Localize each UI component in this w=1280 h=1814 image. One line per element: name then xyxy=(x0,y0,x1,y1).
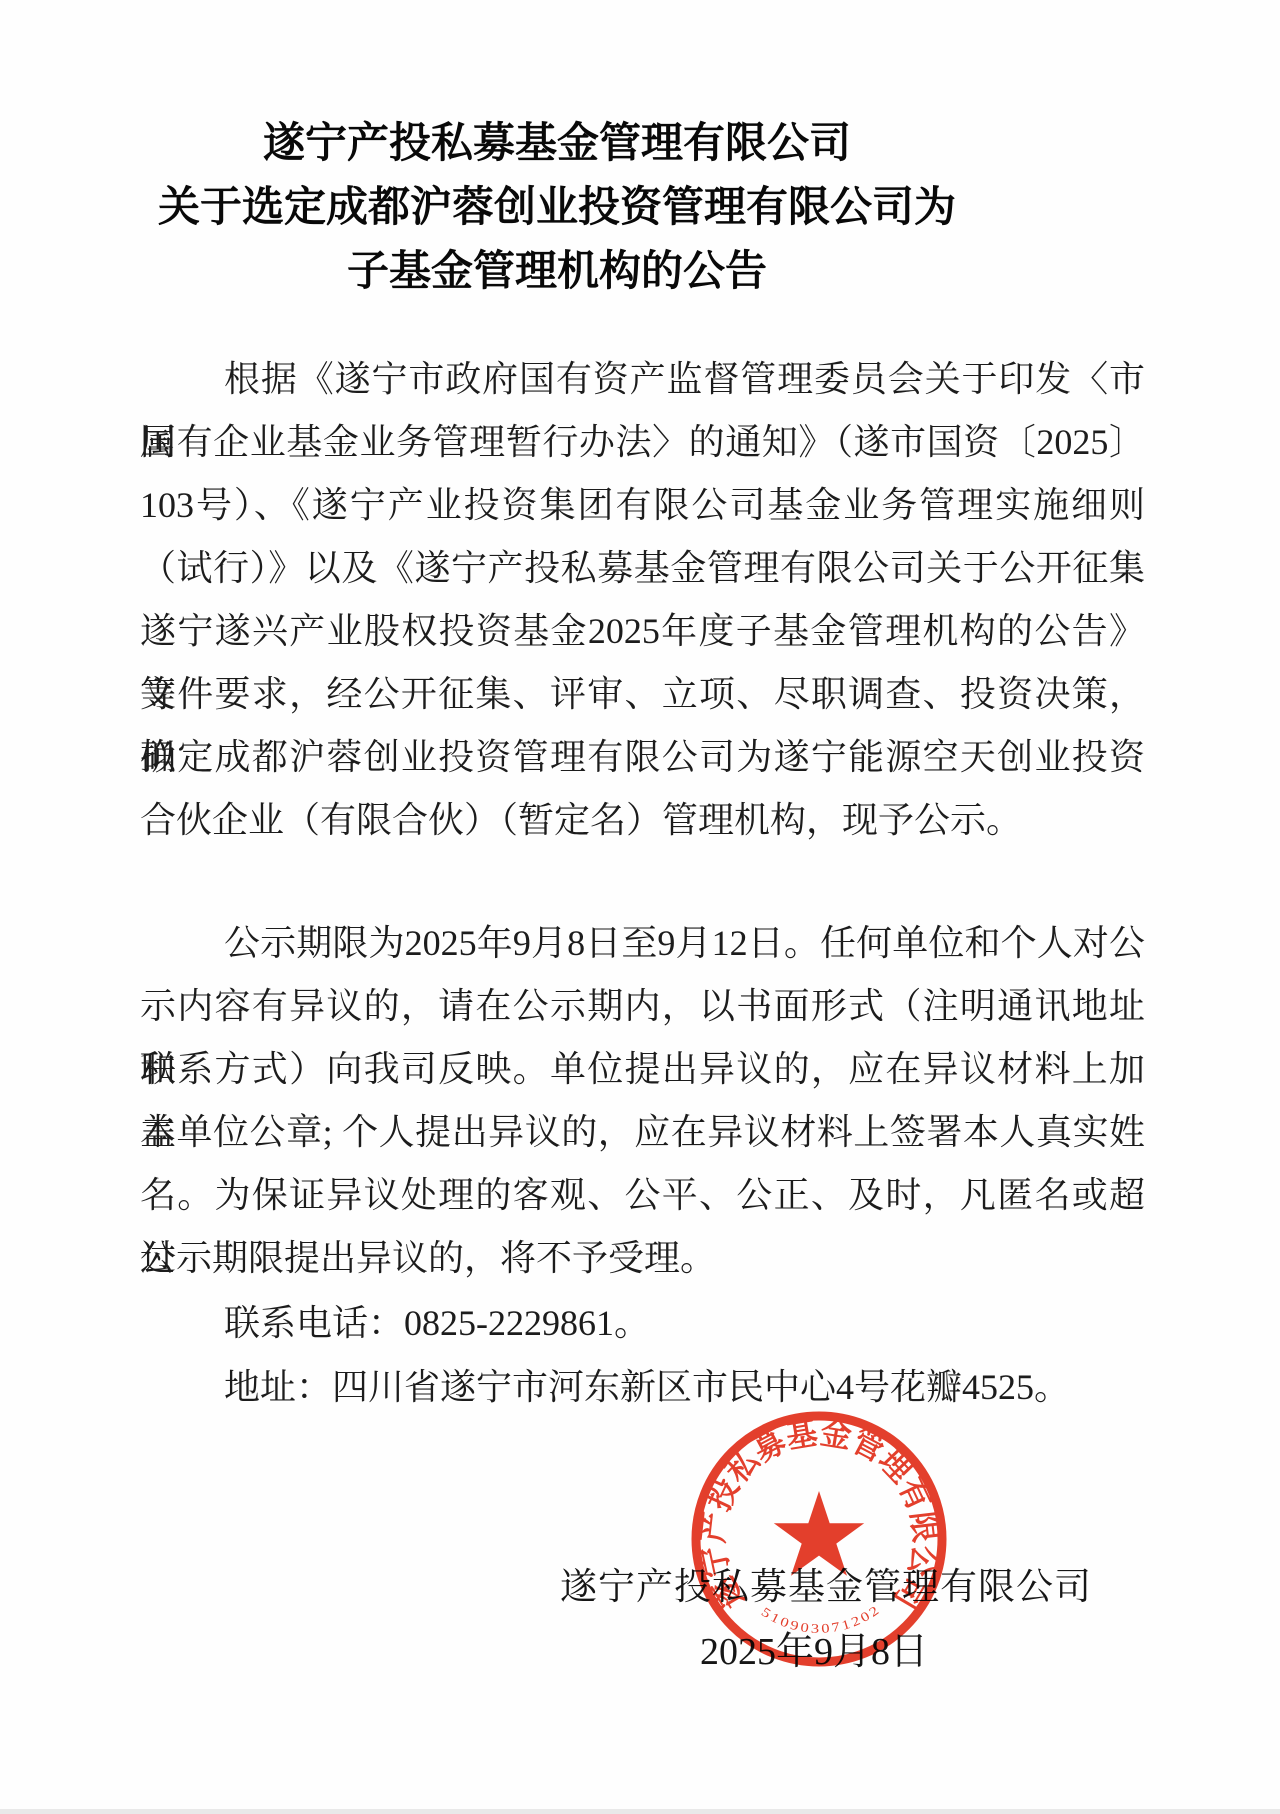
document-page: 遂宁产投私募基金管理有限公司 关于选定成都沪蓉创业投资管理有限公司为 子基金管理… xyxy=(0,0,1280,1814)
body-line: 联系方式）向我司反映。单位提出异议的，应在异议材料上加盖 xyxy=(140,1038,1145,1101)
address-line: 地址：四川省遂宁市河东新区市民中心4号花瓣4525。 xyxy=(140,1356,1145,1419)
seal-star-icon xyxy=(774,1491,864,1576)
paragraph-address: 地址：四川省遂宁市河东新区市民中心4号花瓣4525。 xyxy=(140,1356,1145,1419)
scan-bottom-edge xyxy=(0,1809,1280,1814)
body-line: 文件要求，经公开征集、评审、立项、尽职调查、投资决策，拟 xyxy=(140,663,1145,726)
body-line: （试行）》以及《遂宁产投私募基金管理有限公司关于公开征集 xyxy=(140,537,1145,600)
paragraph-contact: 联系电话：0825-2229861。 xyxy=(140,1292,1145,1355)
body-line: 示内容有异议的，请在公示期内，以书面形式（注明通讯地址和 xyxy=(140,975,1145,1038)
title-line-3: 子基金管理机构的公告 xyxy=(0,240,1114,304)
body-line: 遂宁遂兴产业股权投资基金2025年度子基金管理机构的公告》等 xyxy=(140,600,1145,663)
body-line: 103号）、《遂宁产业投资集团有限公司基金业务管理实施细则 xyxy=(140,474,1145,537)
paragraph-basis: 根据《遂宁市政府国有资产监督管理委员会关于印发〈市属 国有企业基金业务管理暂行办… xyxy=(140,348,1145,852)
body-line: 名。为保证异议处理的客观、公平、公正、及时，凡匿名或超过 xyxy=(140,1164,1145,1227)
title-line-1: 遂宁产投私募基金管理有限公司 xyxy=(0,112,1114,176)
body-line: 公示期限为2025年9月8日至9月12日。任何单位和个人对公 xyxy=(140,912,1145,975)
body-line: 确定成都沪蓉创业投资管理有限公司为遂宁能源空天创业投资 xyxy=(140,726,1145,789)
body-line: 根据《遂宁市政府国有资产监督管理委员会关于印发〈市属 xyxy=(140,348,1145,411)
title-line-2: 关于选定成都沪蓉创业投资管理有限公司为 xyxy=(0,176,1114,240)
body-line: 本单位公章; 个人提出异议的，应在异议材料上签署本人真实姓 xyxy=(140,1101,1145,1164)
document-title: 遂宁产投私募基金管理有限公司 关于选定成都沪蓉创业投资管理有限公司为 子基金管理… xyxy=(0,112,1114,304)
seal-serial-number: 510903071202 xyxy=(759,1601,884,1636)
company-seal-stamp: 遂宁产投私募基金管理有限公司 510903071202 xyxy=(684,1404,954,1674)
paragraph-objection-rules: 公示期限为2025年9月8日至9月12日。任何单位和个人对公 示内容有异议的，请… xyxy=(140,912,1145,1290)
contact-phone-line: 联系电话：0825-2229861。 xyxy=(140,1292,1145,1355)
body-line: 国有企业基金业务管理暂行办法〉的通知》（遂市国资〔2025〕 xyxy=(140,411,1145,474)
body-line: 公示期限提出异议的，将不予受理。 xyxy=(140,1227,1145,1290)
body-line: 合伙企业（有限合伙）（暂定名）管理机构，现予公示。 xyxy=(140,789,1145,852)
